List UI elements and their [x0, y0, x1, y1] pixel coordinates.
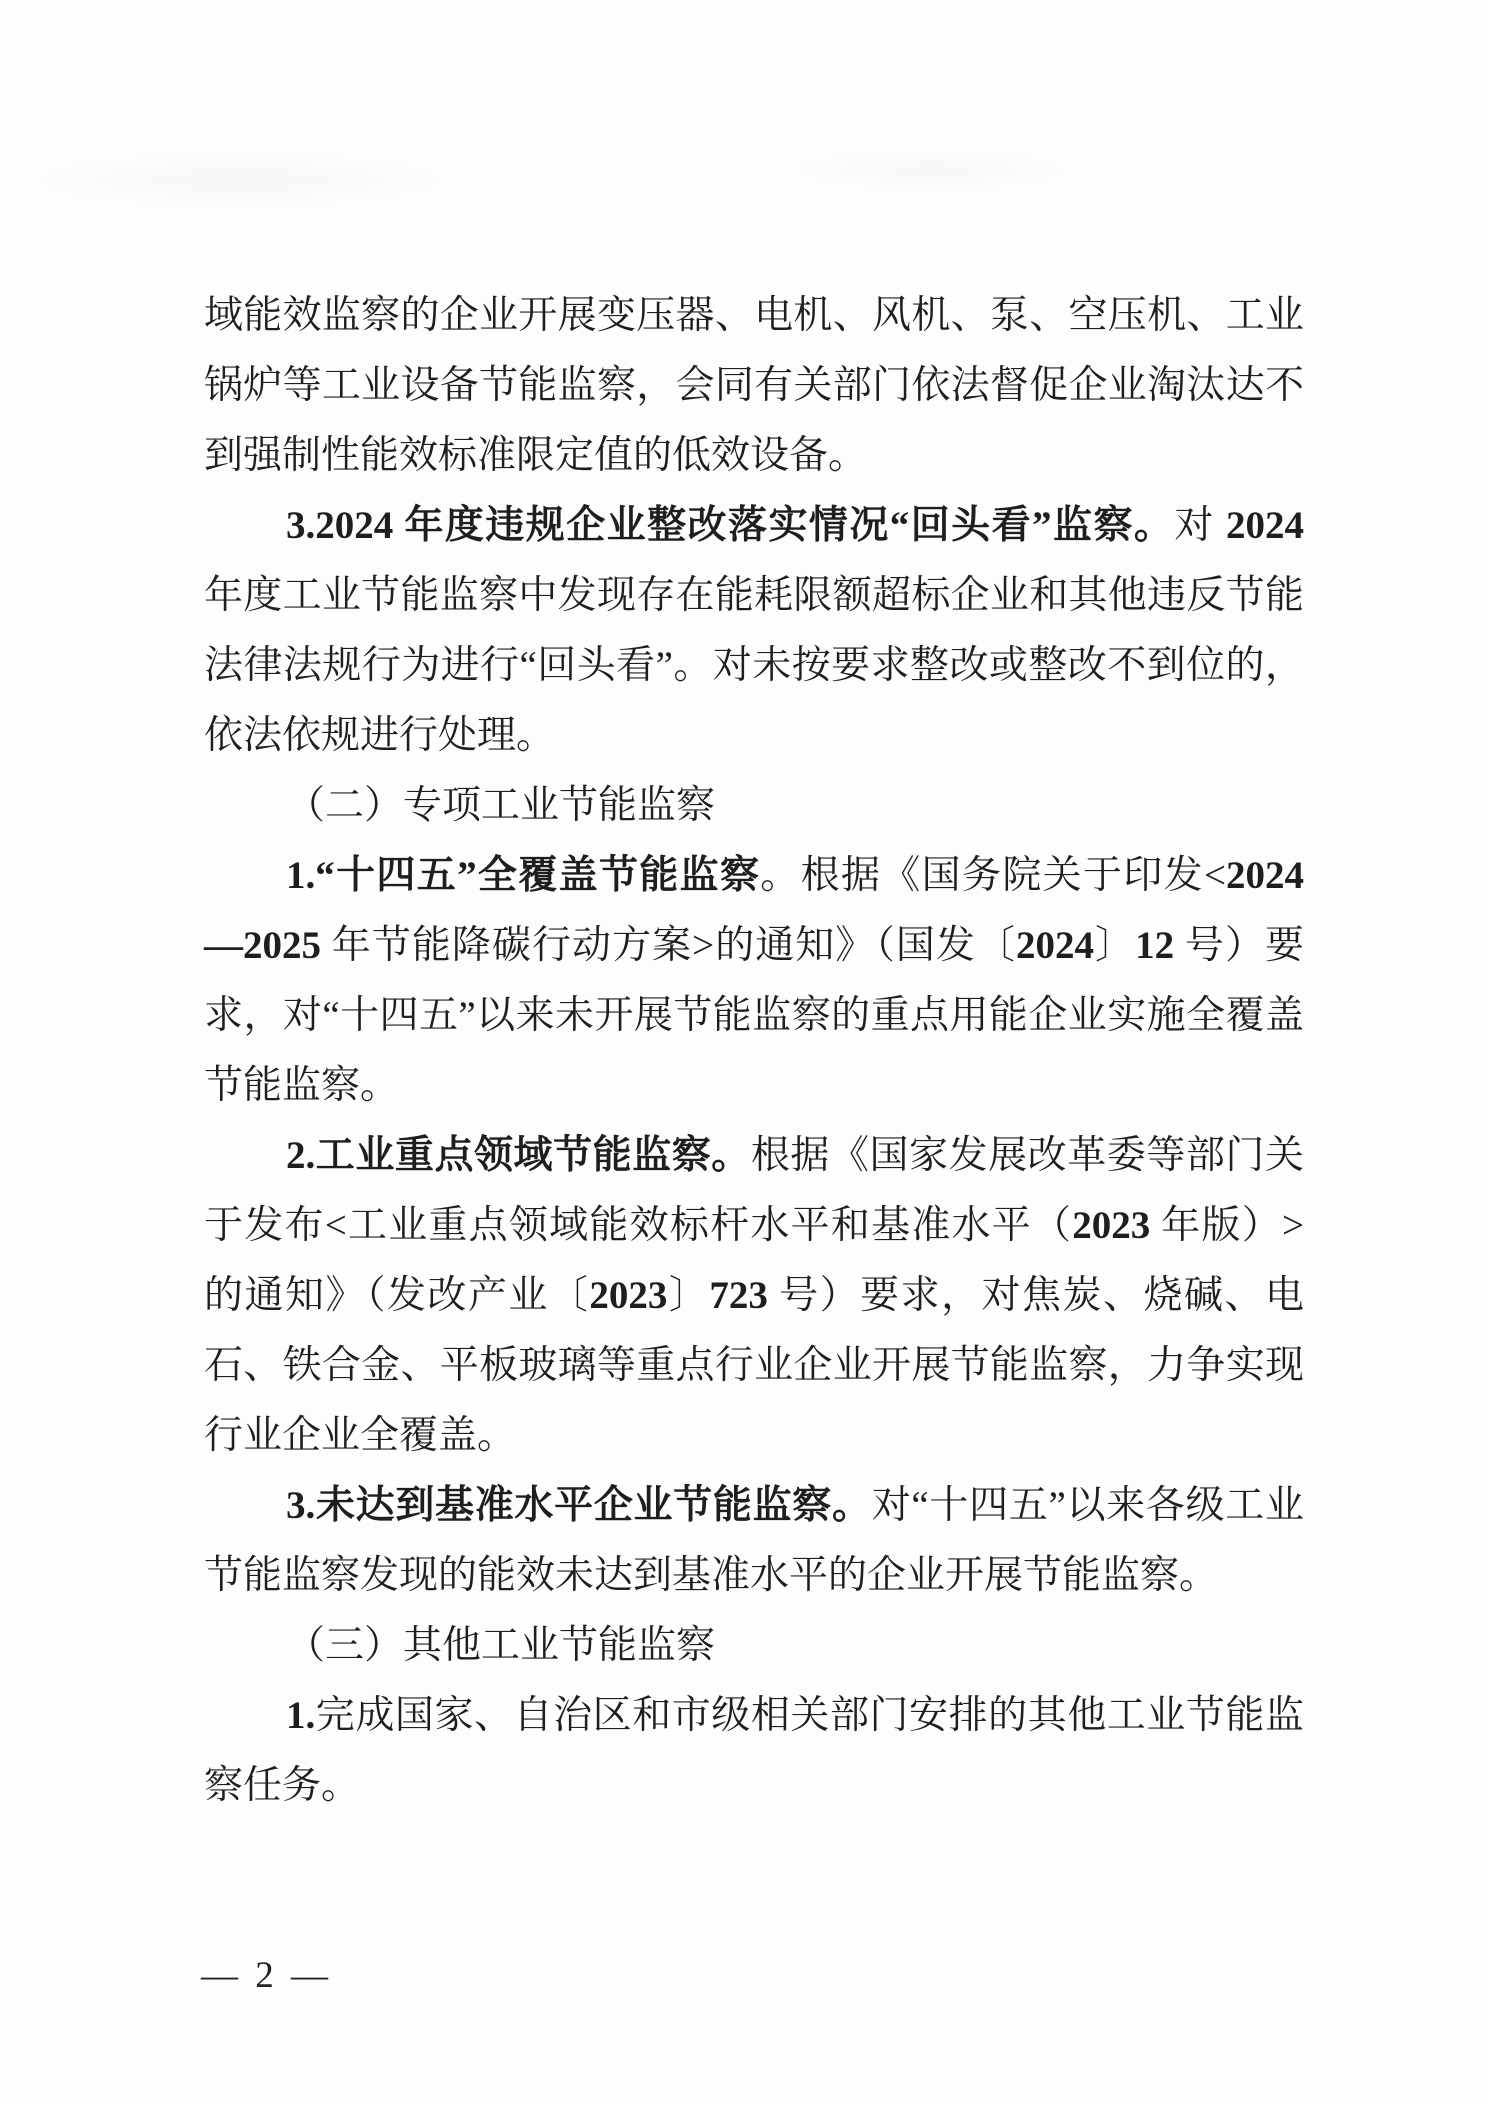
- para-other-assigned-tasks: 1.完成国家、自治区和市级相关部门安排的其他工业节能监察任务。: [204, 1681, 1304, 1821]
- text-segment-bold: 723: [709, 1274, 768, 1317]
- text-segment-bold: 2024: [1226, 504, 1304, 547]
- text-segment-bold: 2024: [1016, 924, 1094, 967]
- document-body: 域能效监察的企业开展变压器、电机、风机、泵、空压机、工业锅炉等工业设备节能监察，…: [204, 281, 1304, 1821]
- para-item-3-lookback-supervision: 3.2024 年度违规企业整改落实情况“回头看”监察。对 2024 年度工业节能…: [204, 491, 1304, 771]
- heading-section-two-special-supervision: （二）专项工业节能监察: [204, 771, 1304, 841]
- text-segment-regular: 完成国家、自治区和市级相关部门安排的其他工业节能监察任务。: [204, 1694, 1304, 1807]
- text-segment-regular: 域能效监察的企业开展变压器、电机、风机、泵、空压机、工业锅炉等工业设备节能监察，…: [204, 294, 1304, 477]
- text-segment-bold: 12: [1135, 924, 1174, 967]
- text-segment-bold: 2.工业重点领域节能监察。: [286, 1134, 751, 1177]
- text-segment-regular: 。根据《国务院关于印发<: [760, 854, 1226, 897]
- text-segment-bold: 2023: [1072, 1204, 1150, 1247]
- para-continuation-equipment-supervision: 域能效监察的企业开展变压器、电机、风机、泵、空压机、工业锅炉等工业设备节能监察，…: [204, 281, 1304, 491]
- document-page: 域能效监察的企业开展变压器、电机、风机、泵、空压机、工业锅炉等工业设备节能监察，…: [0, 0, 1488, 2104]
- para-item-3-below-benchmark-supervision: 3.未达到基准水平企业节能监察。对“十四五”以来各级工业节能监察发现的能效未达到…: [204, 1471, 1304, 1611]
- para-item-1-full-coverage-supervision: 1.“十四五”全覆盖节能监察。根据《国务院关于印发<2024—2025 年节能降…: [204, 841, 1304, 1121]
- text-segment-bold: 1.“十四五”全覆盖节能监察: [286, 854, 760, 897]
- text-segment-bold: 2023: [589, 1274, 667, 1317]
- text-segment-bold: 3.未达到基准水平企业节能监察。: [286, 1484, 872, 1527]
- text-segment-regular: 〕: [1094, 924, 1135, 967]
- text-segment-bold: 1.: [286, 1694, 315, 1737]
- para-item-2-key-areas-supervision: 2.工业重点领域节能监察。根据《国家发展改革委等部门关于发布<工业重点领域能效标…: [204, 1121, 1304, 1471]
- text-segment-kaiti: （二）专项工业节能监察: [286, 784, 715, 827]
- text-segment-regular: 对: [1174, 504, 1226, 547]
- text-segment-regular: 年节能降碳行动方案>的通知》（国发〔: [321, 924, 1016, 967]
- text-segment-kaiti: （三）其他工业节能监察: [286, 1624, 715, 1667]
- heading-section-three-other-supervision: （三）其他工业节能监察: [204, 1611, 1304, 1681]
- page-number: — 2 —: [201, 1952, 332, 2000]
- text-segment-regular: 年度工业节能监察中发现存在能耗限额超标企业和其他违反节能法律法规行为进行“回头看…: [204, 574, 1304, 757]
- text-segment-regular: 〕: [667, 1274, 709, 1317]
- text-segment-bold: 3.2024 年度违规企业整改落实情况“回头看”监察。: [286, 504, 1174, 547]
